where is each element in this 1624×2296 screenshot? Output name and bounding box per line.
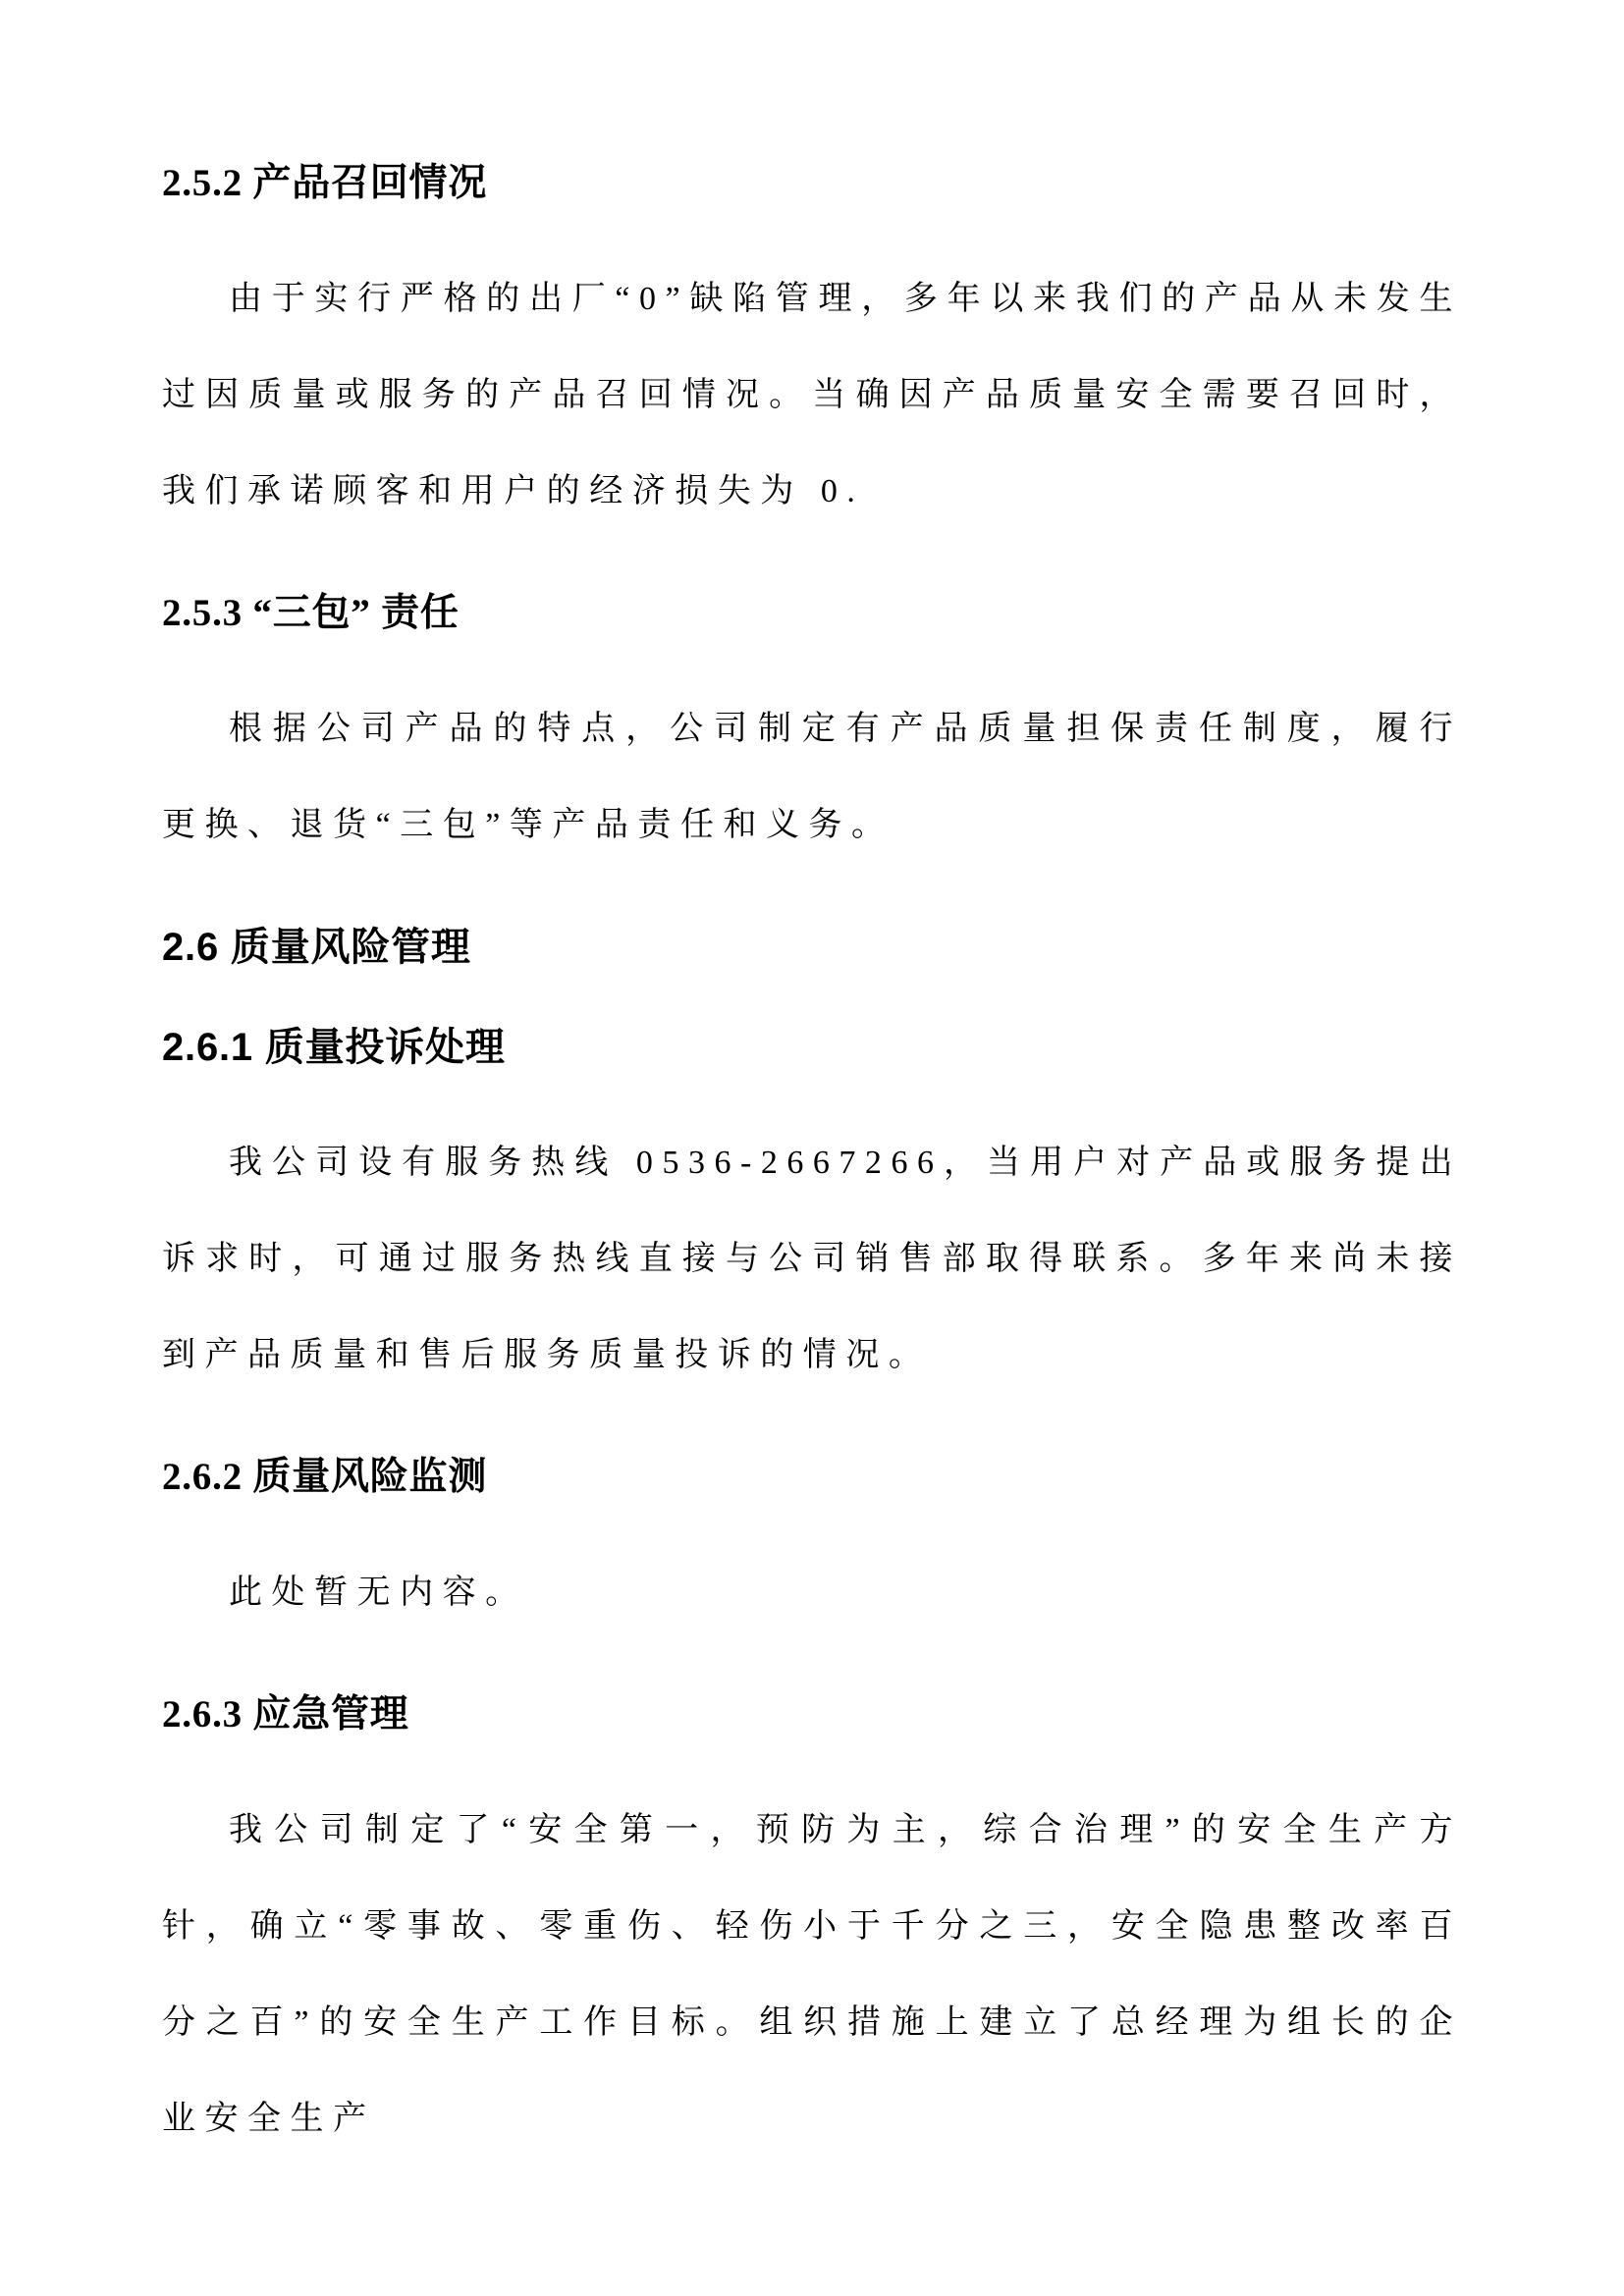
paragraph-quality-risk-monitoring-empty: 此处暂无内容。: [162, 1545, 1462, 1641]
paragraph-product-recall: 由于实行严格的出厂“0”缺陷管理，多年以来我们的产品从未发生过因质量或服务的产品…: [162, 251, 1462, 540]
paragraph-emergency-management: 我公司制定了“安全第一，预防为主，综合治理”的安全生产方针，确立“零事故、零重伤…: [162, 1783, 1462, 2167]
document-page: 2.5.2 产品召回情况 由于实行严格的出厂“0”缺陷管理，多年以来我们的产品从…: [0, 0, 1624, 2296]
heading-2-6-quality-risk-management: 2.6 质量风险管理: [162, 921, 1462, 974]
section-emergency-management: 2.6.3 应急管理 我公司制定了“安全第一，预防为主，综合治理”的安全生产方针…: [162, 1688, 1462, 2167]
paragraph-three-guarantees: 根据公司产品的特点，公司制定有产品质量担保责任制度，履行更换、退货“三包”等产品…: [162, 681, 1462, 874]
paragraph-quality-complaint-handling: 我公司设有服务热线 0536-2667266，当用户对产品或服务提出诉求时，可通…: [162, 1115, 1462, 1404]
heading-2-6-2-quality-risk-monitoring: 2.6.2 质量风险监测: [162, 1451, 1462, 1504]
section-three-guarantees: 2.5.3 “三包” 责任 根据公司产品的特点，公司制定有产品质量担保责任制度，…: [162, 587, 1462, 874]
heading-2-6-3-emergency-management: 2.6.3 应急管理: [162, 1688, 1462, 1741]
heading-2-5-2-product-recall: 2.5.2 产品召回情况: [162, 157, 1462, 210]
heading-2-6-1-quality-complaint-handling: 2.6.1 质量投诉处理: [162, 1021, 1462, 1074]
section-quality-complaint-handling: 2.6.1 质量投诉处理 我公司设有服务热线 0536-2667266，当用户对…: [162, 1021, 1462, 1404]
heading-2-5-3-three-guarantees: 2.5.3 “三包” 责任: [162, 587, 1462, 640]
section-quality-risk-monitoring: 2.6.2 质量风险监测 此处暂无内容。: [162, 1451, 1462, 1641]
section-quality-risk-management: 2.6 质量风险管理: [162, 921, 1462, 974]
section-product-recall: 2.5.2 产品召回情况 由于实行严格的出厂“0”缺陷管理，多年以来我们的产品从…: [162, 157, 1462, 540]
